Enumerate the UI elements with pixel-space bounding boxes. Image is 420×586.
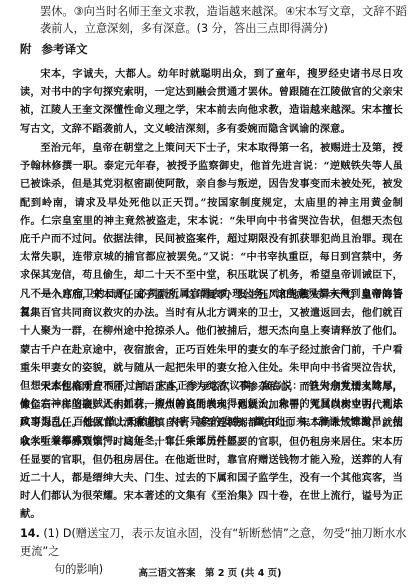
paragraph-text: 宋本，字诚夫，大都人。幼年时就聪明出众，到了童年，搜罗经史诸书尽日攻读，对书中的… [20, 65, 403, 138]
answer-explanation-line1: (赠送宝刀，表示友谊永固，没有“斩断愁情”之意，勿受“抽刀断水水更流”之 [20, 527, 406, 558]
section-title: 参考译文 [42, 42, 88, 56]
question-part: (1) [43, 527, 59, 540]
question-number: 14. [20, 527, 40, 540]
answer-key-page: 罢休。③向当时名师王奎文求教，造诣越来越深。④宋本写文章，文辞不蹈袭前人，立意深… [0, 0, 420, 586]
translation-paragraph-4: 宋本性格刚直不屈，言语正直，行为纯洁，不掺杂私心，而且对朋友情义笃厚，像金石一样… [20, 378, 403, 524]
previous-answer-continuation: 罢休。③向当时名师王奎文求教，造诣越来越深。④宋本写文章，文辞不蹈袭前人，立意深… [40, 3, 410, 37]
section-marker: 附 [20, 42, 32, 56]
paragraph-text: 宋本性格刚直不屈，言语正直，行为纯洁，不掺杂私心，而且对朋友情义笃厚，像金石一样… [20, 378, 403, 524]
translation-paragraph-1: 宋本，字诚夫，大都人。幼年时就聪明出众，到了童年，搜罗经史诸书尽日攻读，对书中的… [20, 65, 403, 138]
page-footer: 高三语文答案 第 2 页 (共 4 页) [0, 565, 420, 579]
section-heading: 附参考译文 [20, 41, 88, 57]
